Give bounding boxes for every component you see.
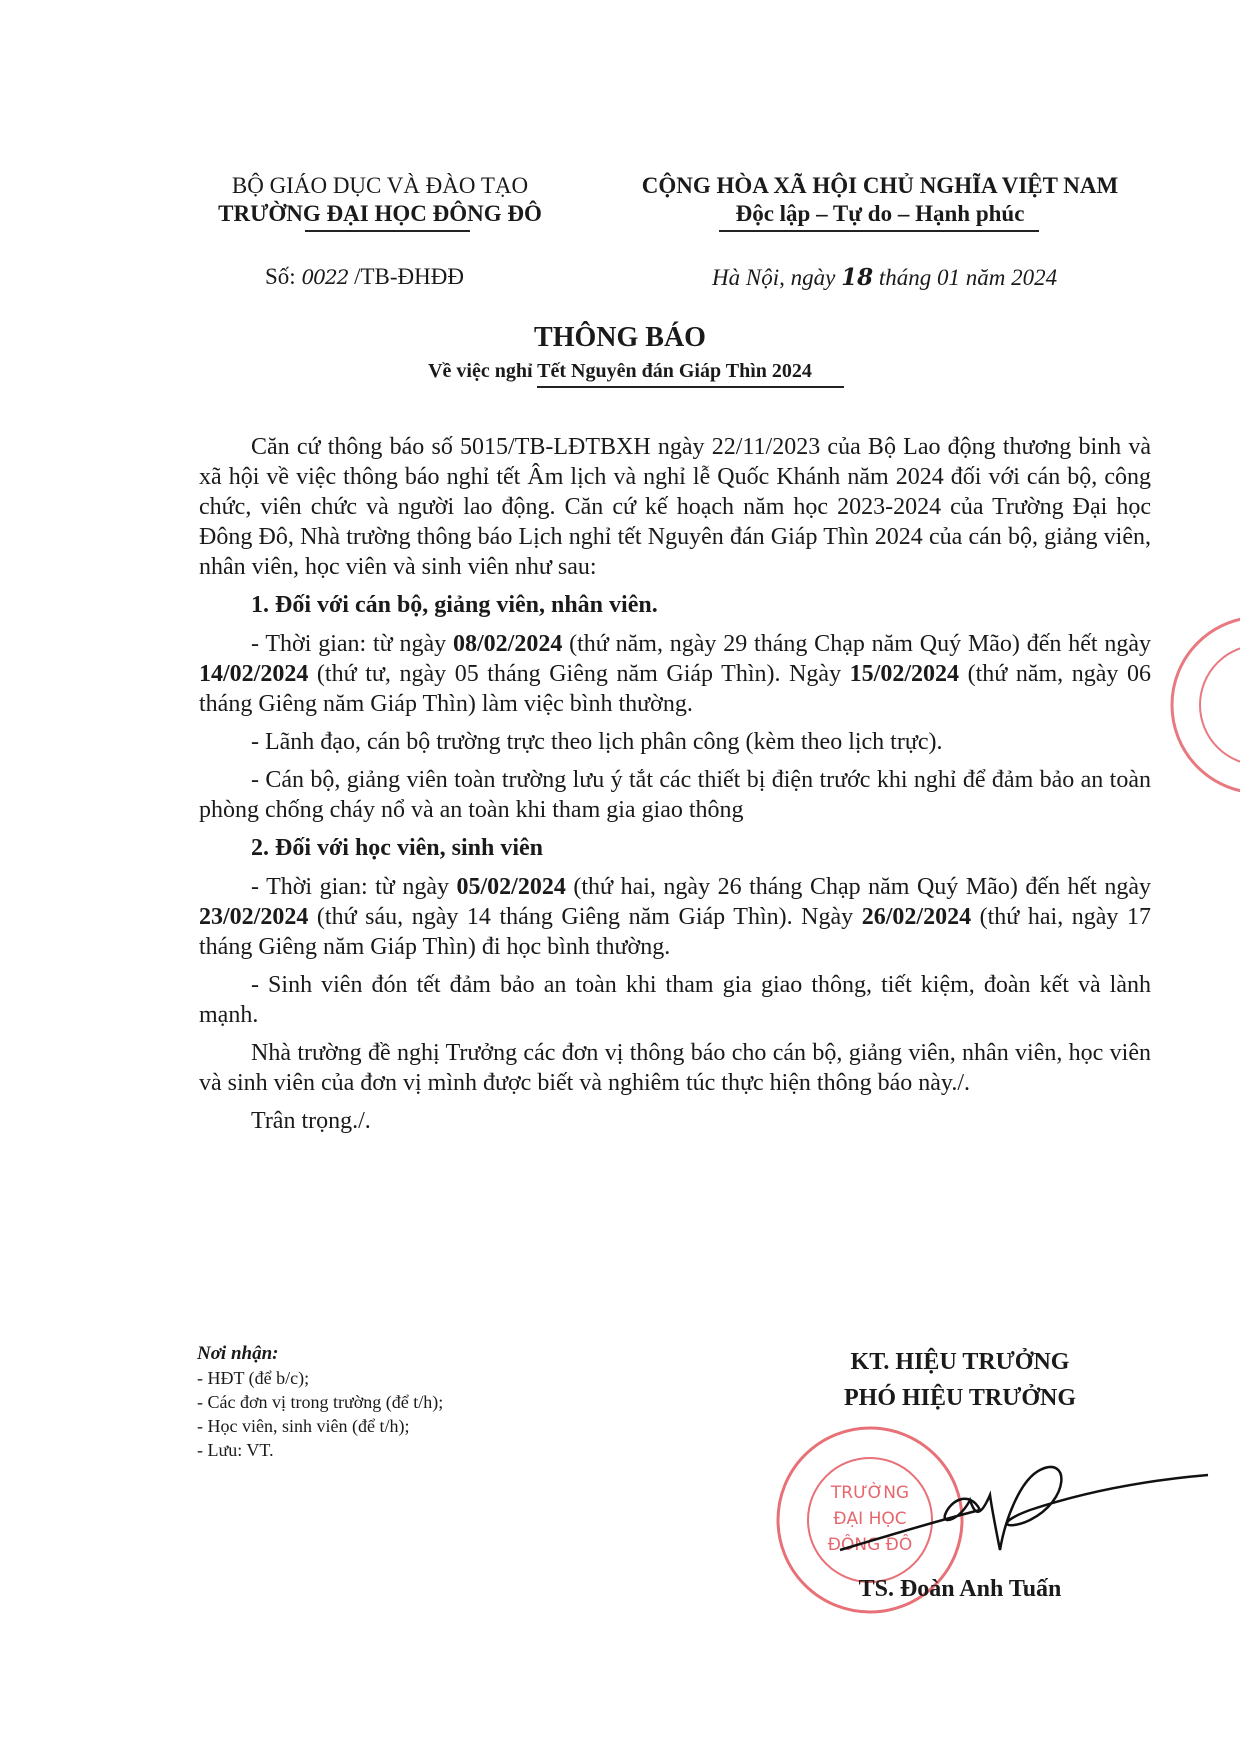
recipients: Nơi nhận: - HĐT (để b/c); - Các đơn vị t… [197, 1342, 617, 1462]
ministry-name: BỘ GIÁO DỤC VÀ ĐÀO TẠO [180, 172, 580, 200]
school-name: TRƯỜNG ĐẠI HỌC ĐÔNG ĐÔ [180, 200, 580, 228]
header-right: CỘNG HÒA XÃ HỘI CHỦ NGHĨA VIỆT NAM Độc l… [620, 172, 1140, 228]
date-line: Hà Nội, ngày 18 tháng 01 năm 2024 [712, 264, 1057, 291]
section1-duty: - Lãnh đạo, cán bộ trường trực theo lịch… [199, 727, 1151, 757]
recipients-heading: Nơi nhận: [197, 1342, 617, 1366]
date-prefix: Hà Nội, ngày [712, 265, 841, 290]
section2-time: - Thời gian: từ ngày 05/02/2024 (thứ hai… [199, 872, 1151, 962]
document-title: THÔNG BÁO [0, 322, 1240, 354]
divider [719, 230, 1039, 232]
subtitle-text: Về việc nghỉ Tết Nguyên đán Giáp Thìn 20… [428, 360, 812, 382]
signature-title: KT. HIỆU TRƯỞNG PHÓ HIỆU TRƯỞNG [770, 1344, 1150, 1416]
doc-number-prefix: Số: [265, 264, 301, 289]
handwritten-number: 0022 [301, 265, 348, 289]
document-number: Số: 0022 /TB-ĐHĐĐ [265, 264, 464, 290]
handwritten-day: 18 [841, 264, 873, 291]
recipient-item: - HĐT (để b/c); [197, 1366, 617, 1390]
doc-number-suffix: /TB-ĐHĐĐ [348, 264, 464, 289]
section1-safety: - Cán bộ, giảng viên toàn trường lưu ý t… [199, 765, 1151, 825]
closing: Trân trọng./. [199, 1106, 1151, 1136]
intro-paragraph: Căn cứ thông báo số 5015/TB-LĐTBXH ngày … [199, 432, 1151, 582]
recipient-item: - Các đơn vị trong trường (để t/h); [197, 1390, 617, 1414]
divider [537, 386, 844, 388]
section2-heading: 2. Đối với học viên, sinh viên [199, 833, 1151, 863]
divider [305, 230, 470, 232]
section1-time: - Thời gian: từ ngày 08/02/2024 (thứ năm… [199, 629, 1151, 719]
request-paragraph: Nhà trường đề nghị Trưởng các đơn vị thô… [199, 1038, 1151, 1098]
section2-safety: - Sinh viên đón tết đảm bảo an toàn khi … [199, 970, 1151, 1030]
sign-line2: PHÓ HIỆU TRƯỞNG [770, 1380, 1150, 1416]
section1-heading: 1. Đối với cán bộ, giảng viên, nhân viên… [199, 590, 1151, 620]
signature-icon [830, 1440, 1210, 1570]
date-rest: tháng 01 năm 2024 [873, 265, 1057, 290]
document-subtitle: Về việc nghỉ Tết Nguyên đán Giáp Thìn 20… [0, 360, 1240, 383]
motto: Độc lập – Tự do – Hạnh phúc [620, 200, 1140, 228]
sign-line1: KT. HIỆU TRƯỞNG [770, 1344, 1150, 1380]
header-left: BỘ GIÁO DỤC VÀ ĐÀO TẠO TRƯỜNG ĐẠI HỌC ĐÔ… [180, 172, 580, 228]
document-body: Căn cứ thông báo số 5015/TB-LĐTBXH ngày … [199, 432, 1151, 1144]
partial-stamp-icon [1165, 610, 1240, 800]
signer-name: TS. Đoàn Anh Tuấn [770, 1576, 1150, 1603]
country-name: CỘNG HÒA XÃ HỘI CHỦ NGHĨA VIỆT NAM [620, 172, 1140, 200]
recipient-item: - Lưu: VT. [197, 1438, 617, 1462]
recipient-item: - Học viên, sinh viên (để t/h); [197, 1414, 617, 1438]
